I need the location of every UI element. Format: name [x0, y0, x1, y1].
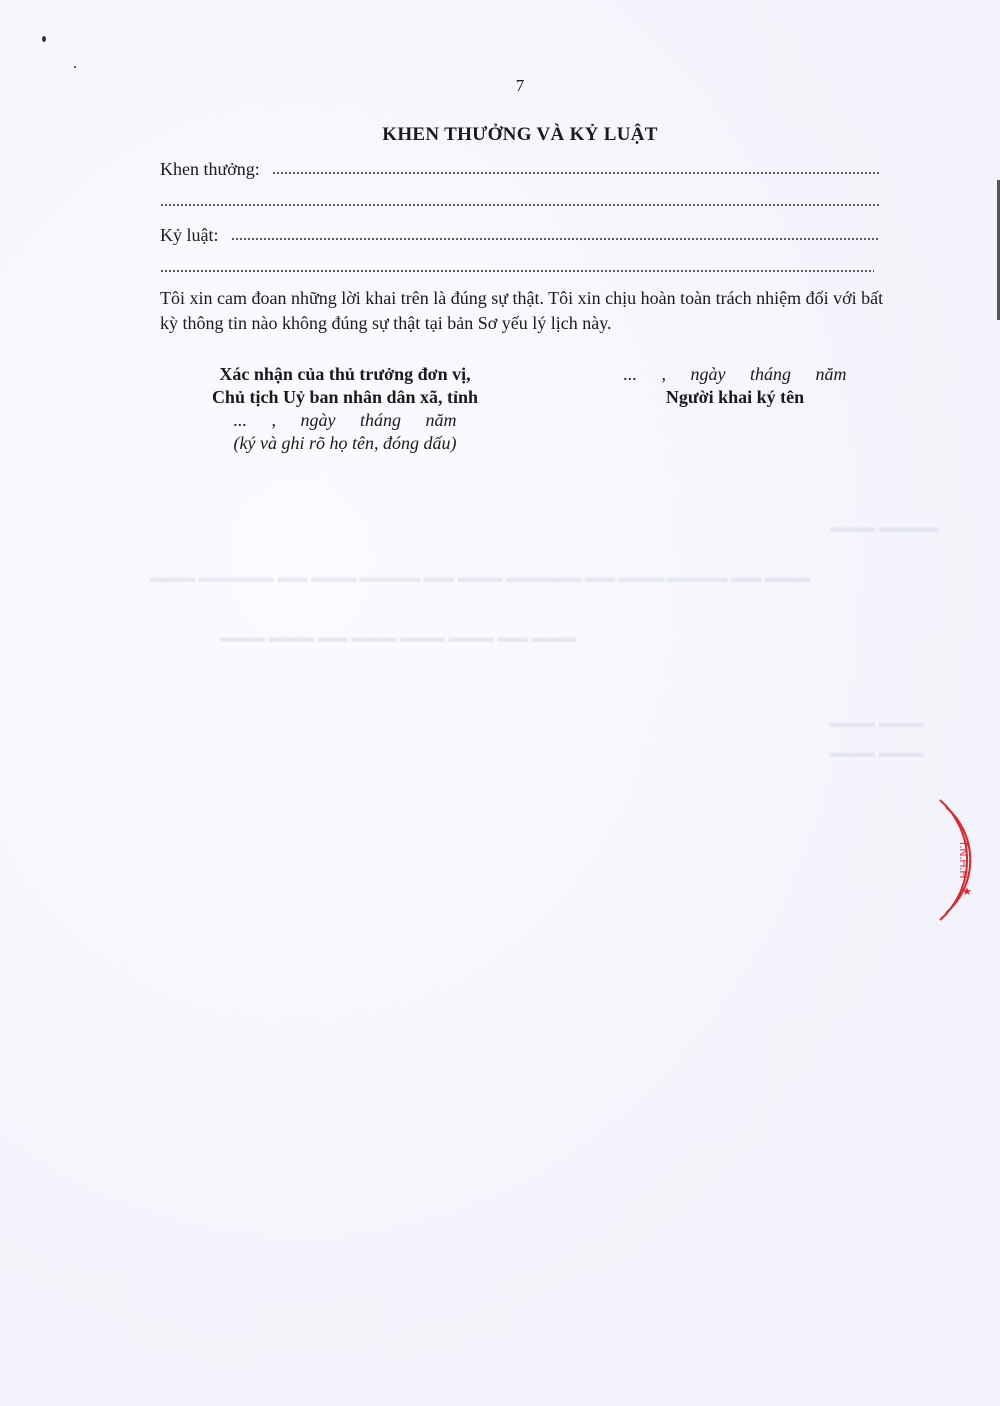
declarant-date: ... , ngày tháng năm — [600, 363, 870, 386]
discipline-continuation-field[interactable] — [160, 254, 874, 278]
page-number: 7 — [0, 76, 1000, 96]
dotted-line — [160, 203, 880, 207]
bleed-through-text: ▬▬▬ ▬▬▬ ▬▬ ▬▬▬ ▬▬▬ ▬▬▬ ▬▬ ▬▬▬ — [220, 630, 576, 647]
rewards-label: Khen thưởng: — [160, 159, 272, 180]
section-title: KHEN THƯỞNG VÀ KỶ LUẬT — [0, 124, 1000, 146]
dotted-line — [231, 237, 881, 241]
svg-text:★: ★ — [962, 886, 972, 898]
discipline-field[interactable]: Kỷ luật: — [160, 222, 880, 246]
company-stamp-icon: T.N.H.H ★ — [930, 795, 1000, 925]
certifier-title-line1: Xác nhận của thủ trưởng đơn vị, — [160, 363, 530, 386]
dotted-line — [272, 171, 880, 175]
certification-signature-block: Xác nhận của thủ trưởng đơn vị, Chủ tịch… — [160, 363, 530, 455]
rewards-field[interactable]: Khen thưởng: — [160, 156, 880, 180]
certifier-date: ... , ngày tháng năm — [160, 409, 530, 432]
scan-speck — [74, 66, 76, 68]
bleed-through-text: ▬▬▬ ▬▬▬ — [830, 745, 924, 762]
svg-text:T.N.H.H: T.N.H.H — [957, 840, 969, 879]
bleed-through-text: ▬▬▬ ▬▬▬ — [830, 715, 924, 732]
certifier-title-line2: Chủ tịch Uỷ ban nhân dân xã, tỉnh — [160, 386, 530, 409]
bleed-through-text: ▬▬▬ ▬▬▬▬ — [830, 520, 939, 537]
certifier-note: (ký và ghi rõ họ tên, đóng dấu) — [160, 432, 530, 455]
declaration-text: Tôi xin cam đoan những lời khai trên là … — [160, 286, 890, 336]
declarant-signature-block: ... , ngày tháng năm Người khai ký tên — [600, 363, 870, 409]
declarant-label: Người khai ký tên — [600, 386, 870, 409]
scan-speck — [42, 36, 46, 42]
rewards-continuation-field[interactable] — [160, 188, 880, 212]
bleed-through-text: ▬▬▬ ▬▬▬▬▬ ▬▬ ▬▬▬ ▬▬▬▬ ▬▬ ▬▬▬ ▬▬▬▬▬ ▬▬ ▬▬… — [150, 570, 810, 587]
discipline-label: Kỷ luật: — [160, 225, 231, 246]
dotted-line — [160, 269, 874, 273]
document-page: ▬▬▬ ▬▬▬▬ ▬▬▬ ▬▬▬▬▬ ▬▬ ▬▬▬ ▬▬▬▬ ▬▬ ▬▬▬ ▬▬… — [0, 0, 1000, 1406]
